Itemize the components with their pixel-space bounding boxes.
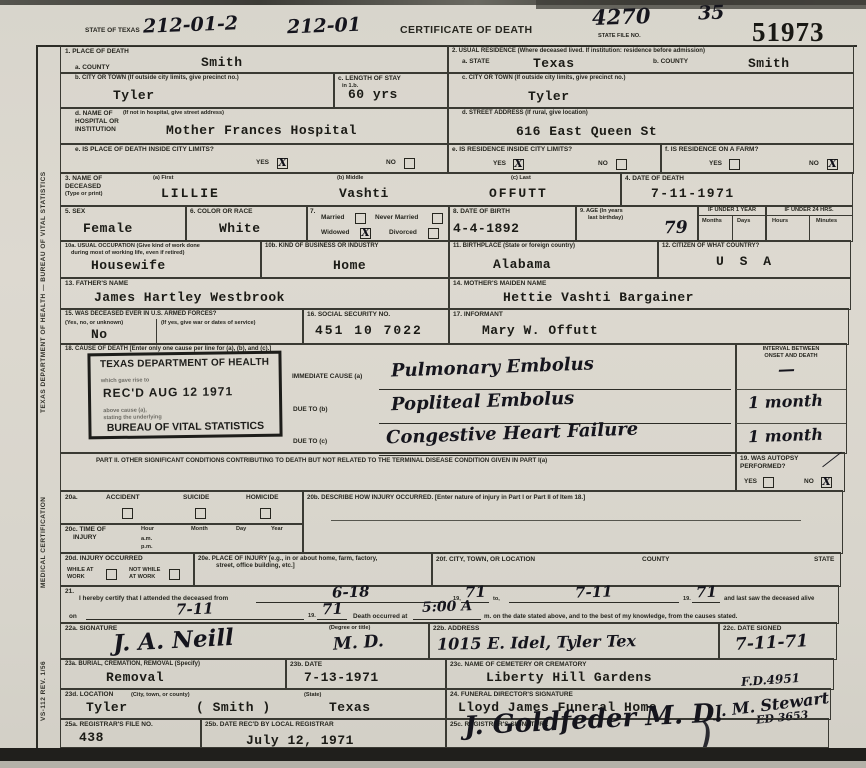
year-b-line: 71 bbox=[692, 583, 720, 603]
box7-widowed-label: Widowed bbox=[321, 229, 349, 237]
divider bbox=[156, 319, 157, 344]
box9-under24-cell: IF UNDER 24 HRS. Hours Minutes bbox=[765, 205, 853, 242]
box23d-location-cell: 23d. LOCATION (City, town, or county) (S… bbox=[60, 688, 447, 720]
box1-limits-yes-checkbox: X bbox=[277, 158, 288, 169]
handwritten-number-1: 4270 bbox=[592, 3, 651, 30]
box2-limits-label: e. IS RESIDENCE INSIDE CITY LIMITS? bbox=[452, 146, 661, 154]
box21-text4: m. on the date stated above, and to the … bbox=[484, 613, 737, 620]
box20a-accident-checkbox bbox=[122, 508, 133, 519]
handwritten-number-2: 35 bbox=[698, 2, 725, 25]
box1-county-value: Smith bbox=[201, 55, 243, 70]
box23d-sub2: (State) bbox=[304, 692, 321, 699]
interval-a-value: — bbox=[778, 360, 796, 381]
answer-line bbox=[331, 520, 801, 521]
box15-armed-forces-cell: 15. WAS DECEASED EVER IN U.S. ARMED FORC… bbox=[60, 308, 304, 345]
box21-to: to, bbox=[493, 596, 500, 603]
box2-limits-no-checkbox bbox=[616, 159, 627, 170]
box19-no-checkbox: X bbox=[821, 477, 832, 488]
box16-ssn-cell: 16. SOCIAL SECURITY NO. 451 10 7022 bbox=[302, 308, 450, 345]
box7-marital-cell: 7. Married Never Married Widowed X Divor… bbox=[306, 205, 450, 242]
box2-limits-cell: e. IS RESIDENCE INSIDE CITY LIMITS? YES … bbox=[447, 143, 662, 174]
box2-street-cell: d. STREET ADDRESS (If rural, give locati… bbox=[447, 107, 854, 145]
box18-dueto-b-label: DUE TO (b) bbox=[293, 406, 328, 414]
box23c-value: Liberty Hill Gardens bbox=[486, 670, 652, 685]
box23b-date-cell: 23b. DATE 7-13-1971 bbox=[285, 658, 447, 690]
divider bbox=[809, 215, 810, 241]
box2-limits-yes-label: YES bbox=[493, 160, 506, 168]
box1-hospital-label1: d. NAME OF bbox=[75, 110, 113, 118]
box9-label1: 9. AGE (In years bbox=[580, 208, 623, 215]
box15-value: No bbox=[91, 327, 108, 342]
box21-time: 5:00 A bbox=[422, 598, 473, 616]
box16-label: 16. SOCIAL SECURITY NO. bbox=[307, 311, 449, 319]
box2-limits-yes-checkbox: X bbox=[513, 159, 524, 170]
box20d-work-label2: WORK bbox=[67, 574, 85, 581]
interval-c-value: 1 month bbox=[748, 425, 824, 447]
box2-city-label: c. CITY OR TOWN (If outside city limits,… bbox=[462, 75, 853, 82]
box17-informant-cell: 17. INFORMANT Mary W. Offutt bbox=[448, 308, 849, 345]
box23d-city-value: Tyler bbox=[86, 700, 128, 715]
box2-farm-no-checkbox: X bbox=[827, 159, 838, 170]
box1-stay-value: 60 yrs bbox=[348, 87, 398, 102]
box2-county-label: b. COUNTY bbox=[653, 58, 688, 66]
box20c-cell: 20c. TIME OF INJURY Hour a.m. p.m. Month… bbox=[60, 523, 304, 554]
box25b-value: July 12, 1971 bbox=[246, 733, 354, 748]
box1-limits-no-label: NO bbox=[386, 159, 396, 167]
box19-no-label: NO bbox=[804, 478, 814, 486]
box20d-work-label: WHILE AT bbox=[67, 567, 93, 574]
box10a-value: Housewife bbox=[91, 258, 166, 273]
box23c-label: 23c. NAME OF CEMETERY OR CREMATORY bbox=[450, 661, 833, 669]
box20d-notwork-label2: AT WORK bbox=[129, 574, 155, 581]
box22a-signature-cell: 22a. SIGNATURE J. A. Neill (Degree or ti… bbox=[60, 622, 430, 660]
box3-last-value: OFFUTT bbox=[489, 186, 548, 201]
box21-certify-cell: 21. I hereby certify that I attended the… bbox=[60, 585, 839, 624]
box5-value: Female bbox=[83, 221, 133, 236]
box22b-label: 22b. ADDRESS bbox=[433, 625, 479, 633]
cause-a-line bbox=[379, 364, 731, 390]
box3-first-value: LILLIE bbox=[161, 186, 220, 201]
to-date-line: 7-11 bbox=[509, 583, 679, 603]
box9-minutes-label: Minutes bbox=[816, 218, 837, 225]
box1-hospital-value: Mother Frances Hospital bbox=[166, 123, 357, 138]
box20d-cell: 20d. INJURY OCCURRED WHILE AT WORK NOT W… bbox=[60, 552, 195, 587]
box21-on: on bbox=[69, 613, 77, 621]
scan-edge-bottom bbox=[0, 748, 866, 761]
box1-city-value: Tyler bbox=[113, 88, 155, 103]
box3-last-label: (c) Last bbox=[511, 175, 531, 182]
divider bbox=[736, 389, 846, 390]
box20a-suicide-label: SUICIDE bbox=[183, 494, 209, 502]
box3-label1: 3. NAME OF bbox=[65, 175, 102, 183]
box15-label: 15. WAS DECEASED EVER IN U.S. ARMED FORC… bbox=[65, 311, 303, 318]
cause-b-line bbox=[379, 398, 731, 424]
box13-father-cell: 13. FATHER'S NAME James Hartley Westbroo… bbox=[60, 277, 450, 310]
box1-hospital-sub: (If not in hospital, give street address… bbox=[123, 110, 224, 117]
time-line: 5:00 A bbox=[413, 598, 481, 620]
box22b-value: 1015 E. Idel, Tyler Tex bbox=[437, 631, 636, 653]
death-certificate-scan: STATE OF TEXAS 212-01-2 212-01 CERTIFICA… bbox=[0, 0, 866, 768]
certificate-title: CERTIFICATE OF DEATH bbox=[400, 24, 532, 37]
box21-number: 21. bbox=[65, 588, 74, 596]
district-code-2: 212-01 bbox=[287, 14, 362, 39]
box4-date-of-death-cell: 4. DATE OF DEATH 7-11-1971 bbox=[620, 172, 853, 207]
box1-limits-no-checkbox bbox=[404, 158, 415, 169]
stamp-line1: TEXAS DEPARTMENT OF HEALTH bbox=[90, 357, 278, 371]
box11-label: 11. BIRTHPLACE (State or foreign country… bbox=[453, 243, 658, 250]
box23b-value: 7-13-1971 bbox=[304, 670, 379, 685]
box7-divorced-checkbox bbox=[428, 228, 439, 239]
box20d-work-checkbox bbox=[106, 569, 117, 580]
box9-hours-label: Hours bbox=[772, 218, 788, 225]
box13-label: 13. FATHER'S NAME bbox=[65, 280, 449, 288]
box6-race-cell: 6. COLOR OR RACE White bbox=[185, 205, 308, 242]
box23b-label: 23b. DATE bbox=[290, 661, 446, 669]
box14-value: Hettie Vashti Bargainer bbox=[503, 290, 694, 305]
box21-19b: 19. bbox=[683, 596, 691, 603]
box20c-label2: INJURY bbox=[73, 534, 97, 542]
form-number-vertical-label: VS-112 REV. 1/56 bbox=[40, 638, 55, 743]
box9-under1-label: IF UNDER 1 YEAR bbox=[698, 207, 766, 214]
box7-married-label: Married bbox=[321, 214, 344, 222]
stamp-line2: REC'D AUG 12 1971 bbox=[103, 384, 279, 400]
box21-to-date: 7-11 bbox=[575, 582, 613, 601]
box23a-label: 23a. BURIAL, CREMATION, REMOVAL (Specify… bbox=[65, 661, 286, 668]
box20a-homicide-checkbox bbox=[260, 508, 271, 519]
box1-limits-cell: e. IS PLACE OF DEATH INSIDE CITY LIMITS?… bbox=[60, 143, 449, 174]
box1-city-label: b. CITY OR TOWN (If outside city limits,… bbox=[75, 75, 334, 82]
box23d-state-value: Texas bbox=[329, 700, 371, 715]
box22c-value: 7-11-71 bbox=[735, 631, 809, 655]
box18-dueto-c-label: DUE TO (c) bbox=[293, 438, 327, 446]
box15-sub2: (If yes, give war or dates of service) bbox=[161, 320, 256, 327]
box10b-label: 10b. KIND OF BUSINESS OR INDUSTRY bbox=[265, 243, 449, 250]
box8-label: 8. DATE OF BIRTH bbox=[453, 208, 576, 216]
box7-label: 7. bbox=[310, 208, 315, 216]
box2-city-cell: c. CITY OR TOWN (If outside city limits,… bbox=[447, 72, 854, 109]
box2-state-label: a. STATE bbox=[462, 58, 490, 66]
box6-label: 6. COLOR OR RACE bbox=[190, 208, 307, 216]
box2-limits-no-label: NO bbox=[598, 160, 608, 168]
box1-hospital-label2: HOSPITAL OR bbox=[75, 118, 119, 126]
part2-label: PART II. OTHER SIGNIFICANT CONDITIONS CO… bbox=[96, 457, 736, 464]
box2-farm-yes-checkbox bbox=[729, 159, 740, 170]
box20e-cell: 20e. PLACE OF INJURY [e.g., in or about … bbox=[193, 552, 433, 587]
box25a-file-no-cell: 25a. REGISTRAR'S FILE NO. 438 bbox=[60, 718, 202, 748]
box11-birthplace-cell: 11. BIRTHPLACE (State or foreign country… bbox=[448, 240, 659, 279]
box21-71b: 71 bbox=[695, 583, 716, 602]
box16-value: 451 10 7022 bbox=[315, 323, 423, 338]
box3-first-label: (a) First bbox=[153, 175, 174, 182]
year-c-line: 71 bbox=[317, 600, 347, 620]
divider bbox=[736, 423, 846, 424]
box21-from-date: 6-18 bbox=[332, 582, 370, 601]
box19-yes-checkbox bbox=[763, 477, 774, 488]
box2-header-cell: 2. USUAL RESIDENCE (Where deceased lived… bbox=[447, 45, 854, 74]
box19-yes-label: YES bbox=[744, 478, 757, 486]
box12-value: U S A bbox=[716, 254, 775, 269]
state-file-no-label: STATE FILE NO. bbox=[598, 33, 641, 40]
box2-street-label: d. STREET ADDRESS (If rural, give locati… bbox=[462, 110, 853, 117]
scan-edge-bottom-gray bbox=[0, 761, 866, 768]
box10b-industry-cell: 10b. KIND OF BUSINESS OR INDUSTRY Home bbox=[260, 240, 450, 279]
state-file-number: 51973 bbox=[752, 17, 825, 48]
box20d-notwork-label: NOT WHILE bbox=[129, 567, 160, 574]
box9-months-label: Months bbox=[702, 218, 722, 225]
box1-limits-label: e. IS PLACE OF DEATH INSIDE CITY LIMITS? bbox=[75, 146, 448, 154]
divider bbox=[732, 215, 733, 241]
stamp-underlay1: which gave rise to bbox=[101, 377, 150, 384]
box7-married-checkbox bbox=[355, 213, 366, 224]
box20f-state-label: STATE bbox=[814, 556, 834, 564]
box22a-label: 22a. SIGNATURE bbox=[65, 625, 117, 633]
box9-age-cell: 9. AGE (In years last birthday) 79 bbox=[575, 205, 699, 242]
box1-header-cell: 1. PLACE OF DEATH a. COUNTY Smith bbox=[60, 45, 449, 74]
box20c-am-label: a.m. bbox=[141, 536, 152, 543]
box23d-county-value: ( Smith ) bbox=[196, 700, 271, 715]
box1-hospital-label3: INSTITUTION bbox=[75, 126, 116, 134]
box25c-registrar-signature-cell: 25c. REGISTRAR'S SIGNATURE J. Goldfeder … bbox=[445, 718, 829, 748]
box17-value: Mary W. Offutt bbox=[482, 323, 598, 338]
box9-days-label: Days bbox=[737, 218, 750, 225]
box21-19c: 19. bbox=[308, 613, 316, 620]
box23d-label: 23d. LOCATION bbox=[65, 691, 113, 699]
box9-value: 79 bbox=[664, 218, 688, 239]
box20c-hour-label: Hour bbox=[141, 526, 154, 533]
stamp-line3: BUREAU OF VITAL STATISTICS bbox=[91, 420, 279, 435]
box1-limits-yes-label: YES bbox=[256, 159, 269, 167]
medical-certification-vertical-label: MEDICAL CERTIFICATION bbox=[40, 455, 55, 630]
box3-label3: (Type or print) bbox=[65, 191, 103, 198]
box20e-label2: street, office building, etc.] bbox=[216, 562, 432, 569]
box19-label: 19. WAS AUTOPSY PERFORMED? bbox=[740, 455, 830, 471]
box15-sub1: (Yes, no, or unknown) bbox=[65, 320, 123, 327]
box7-never-checkbox bbox=[432, 213, 443, 224]
box4-value: 7-11-1971 bbox=[651, 186, 735, 201]
box8-birth-cell: 8. DATE OF BIRTH 4-4-1892 bbox=[448, 205, 577, 242]
box20a-cell: 20a. ACCIDENT SUICIDE HOMICIDE bbox=[60, 490, 304, 525]
box18-interval-cell: INTERVAL BETWEEN ONSET AND DEATH — 1 mon… bbox=[735, 343, 847, 454]
box3-middle-value: Vashti bbox=[339, 186, 389, 201]
box7-widowed-checkbox: X bbox=[360, 228, 371, 239]
box2-farm-yes-label: YES bbox=[709, 160, 722, 168]
box20f-label: 20f. CITY, TOWN, OR LOCATION bbox=[436, 556, 535, 564]
box21-text2: and last saw the deceased alive bbox=[724, 596, 814, 603]
box23c-cemetery-cell: 23c. NAME OF CEMETERY OR CREMATORY Liber… bbox=[445, 658, 834, 690]
department-vertical-label: TEXAS DEPARTMENT OF HEALTH — BUREAU OF V… bbox=[40, 120, 55, 465]
box20b-label: 20b. DESCRIBE HOW INJURY OCCURRED. [Ente… bbox=[307, 494, 842, 501]
box3-name-cell: 3. NAME OF DECEASED (Type or print) (a) … bbox=[60, 172, 622, 207]
box9-label2: last birthday) bbox=[588, 215, 623, 222]
interval-b-value: 1 month bbox=[748, 391, 824, 413]
box20a-suicide-checkbox bbox=[195, 508, 206, 519]
box5-label: 5. SEX bbox=[65, 208, 186, 216]
box20d-notwork-checkbox bbox=[169, 569, 180, 580]
box1-stay-cell: c. LENGTH OF STAY in 1.b. 60 yrs bbox=[333, 72, 449, 109]
box20c-year-label: Year bbox=[271, 526, 283, 533]
box2-city-value: Tyler bbox=[528, 89, 570, 104]
box11-value: Alabama bbox=[493, 257, 551, 272]
box8-value: 4-4-1892 bbox=[453, 221, 519, 236]
box2-county-value: Smith bbox=[748, 56, 790, 71]
box23a-burial-cell: 23a. BURIAL, CREMATION, REMOVAL (Specify… bbox=[60, 658, 287, 690]
box2-farm-no-label: NO bbox=[809, 160, 819, 168]
box20b-cell: 20b. DESCRIBE HOW INJURY OCCURRED. [Ente… bbox=[302, 490, 843, 554]
box20c-month-label: Month bbox=[191, 526, 208, 533]
box10a-label2: during most of working life, even if ret… bbox=[71, 250, 261, 257]
box20a-homicide-label: HOMICIDE bbox=[246, 494, 279, 502]
box2-state-value: Texas bbox=[533, 56, 575, 71]
box23a-value: Removal bbox=[106, 670, 164, 685]
box1-stay-label: c. LENGTH OF STAY bbox=[338, 75, 448, 83]
box1-hospital-cell: d. NAME OF HOSPITAL OR INSTITUTION (If n… bbox=[60, 107, 449, 145]
box22b-address-cell: 22b. ADDRESS 1015 E. Idel, Tyler Tex bbox=[428, 622, 720, 660]
box25b-label: 25b. DATE REC'D BY LOCAL REGISTRAR bbox=[205, 721, 446, 729]
box19-autopsy-cell: 19. WAS AUTOPSY PERFORMED? YES NO X bbox=[735, 452, 845, 492]
on-date-line: 7-11 bbox=[86, 600, 304, 620]
box10a-label1: 10a. USUAL OCCUPATION (Give kind of work… bbox=[65, 243, 261, 250]
box3-middle-label: (b) Middle bbox=[337, 175, 363, 182]
box22c-date-signed-cell: 22c. DATE SIGNED 7-11-71 bbox=[718, 622, 837, 660]
box10a-occupation-cell: 10a. USUAL OCCUPATION (Give kind of work… bbox=[60, 240, 262, 279]
box1-title: 1. PLACE OF DEATH bbox=[65, 48, 448, 56]
box21-71c: 71 bbox=[321, 600, 342, 619]
box20d-label: 20d. INJURY OCCURRED bbox=[65, 555, 194, 563]
box7-never-label: Never Married bbox=[375, 214, 418, 222]
box6-value: White bbox=[219, 221, 261, 236]
physician-degree: M. D. bbox=[332, 631, 384, 654]
box20e-label1: 20e. PLACE OF INJURY [e.g., in or about … bbox=[198, 555, 432, 562]
box25a-value: 438 bbox=[79, 730, 104, 745]
interval-header1: INTERVAL BETWEEN bbox=[736, 346, 846, 353]
box14-mother-cell: 14. MOTHER'S MAIDEN NAME Hettie Vashti B… bbox=[448, 277, 851, 310]
box2-street-value: 616 East Queen St bbox=[516, 124, 657, 139]
box2-title: 2. USUAL RESIDENCE (Where deceased lived… bbox=[452, 48, 853, 55]
box13-value: James Hartley Westbrook bbox=[94, 290, 285, 305]
interval-header2: ONSET AND DEATH bbox=[736, 353, 846, 360]
box17-label: 17. INFORMANT bbox=[453, 311, 848, 319]
box21-on-date: 7-11 bbox=[176, 599, 214, 618]
box12-label: 12. CITIZEN OF WHAT COUNTRY? bbox=[662, 243, 850, 250]
box14-label: 14. MOTHER'S MAIDEN NAME bbox=[453, 280, 850, 288]
box10b-value: Home bbox=[333, 258, 366, 273]
box20a-label: 20a. bbox=[65, 494, 78, 502]
box9-under1yr-cell: IF UNDER 1 YEAR Months Days bbox=[697, 205, 767, 242]
box20f-county-label: COUNTY bbox=[642, 556, 669, 564]
box20a-accident-label: ACCIDENT bbox=[106, 494, 140, 502]
box25a-label: 25a. REGISTRAR'S FILE NO. bbox=[65, 721, 201, 729]
state-of-texas-label: STATE OF TEXAS bbox=[85, 27, 140, 35]
box1-city-cell: b. CITY OR TOWN (If outside city limits,… bbox=[60, 72, 335, 109]
box3-label2: DECEASED bbox=[65, 183, 101, 191]
box20c-day-label: Day bbox=[236, 526, 246, 533]
box12-citizen-cell: 12. CITIZEN OF WHAT COUNTRY? U S A bbox=[657, 240, 851, 279]
box2-farm-label: f. IS RESIDENCE ON A FARM? bbox=[665, 146, 853, 154]
box4-label: 4. DATE OF DEATH bbox=[625, 175, 852, 183]
box21-text3: Death occurred at bbox=[353, 613, 407, 621]
box20c-pm-label: p.m. bbox=[141, 544, 153, 551]
box23d-sub1: (City, town, or county) bbox=[131, 692, 190, 699]
box2-farm-cell: f. IS RESIDENCE ON A FARM? YES NO X bbox=[660, 143, 854, 174]
box20f-cell: 20f. CITY, TOWN, OR LOCATION COUNTY STAT… bbox=[431, 552, 841, 587]
box5-sex-cell: 5. SEX Female bbox=[60, 205, 187, 242]
received-stamp: TEXAS DEPARTMENT OF HEALTH which gave ri… bbox=[87, 351, 282, 440]
box9-under24-label: IF UNDER 24 HRS. bbox=[766, 207, 852, 214]
box18-immediate-label: IMMEDIATE CAUSE (a) bbox=[292, 373, 362, 381]
district-code-1: 212-01-2 bbox=[143, 12, 239, 37]
fd-number-note: F.D.4951 bbox=[741, 671, 801, 689]
box7-divorced-label: Divorced bbox=[389, 229, 417, 237]
physician-signature: J. A. Neill bbox=[112, 624, 234, 657]
part2-cell: PART II. OTHER SIGNIFICANT CONDITIONS CO… bbox=[60, 452, 737, 492]
box20c-label1: 20c. TIME OF bbox=[65, 526, 106, 534]
box25b-date-recd-cell: 25b. DATE REC'D BY LOCAL REGISTRAR July … bbox=[200, 718, 447, 748]
box22a-degree-label: (Degree or title) bbox=[329, 625, 370, 632]
